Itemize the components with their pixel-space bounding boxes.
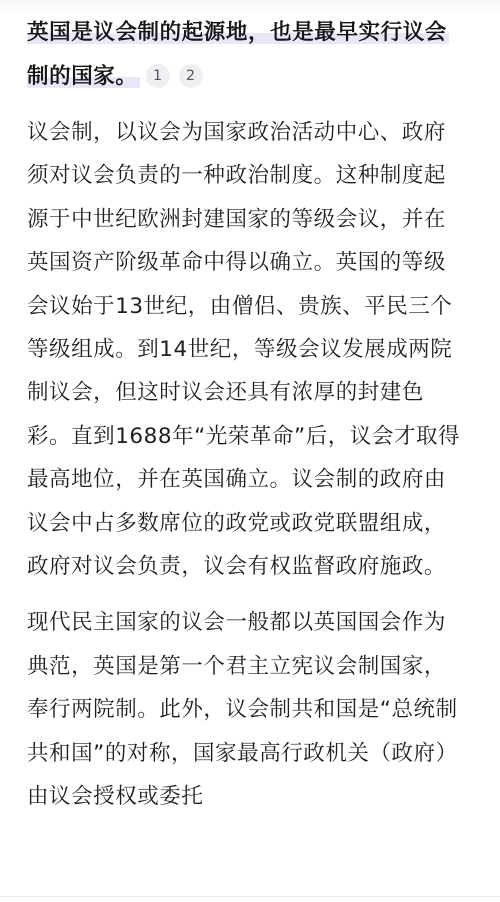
answer-heading: 英国是议会制的起源地，也是最早实行议会制的国家。12: [27, 11, 467, 99]
answer-content: 英国是议会制的起源地，也是最早实行议会制的国家。12 议会制，以议会为国家政治活…: [27, 11, 467, 819]
paragraph-1: 议会制，以议会为国家政治活动中心、政府须对议会负责的一种政治制度。这种制度起源于…: [27, 111, 467, 588]
citation-badge-2[interactable]: 2: [179, 64, 203, 88]
bottom-divider: [0, 896, 500, 897]
heading-highlight: 英国是议会制的起源地，也是最早实行议会制的国家。: [27, 20, 449, 89]
paragraph-2: 现代民主国家的议会一般都以英国国会作为典范，英国是第一个君主立宪议会制国家，奉行…: [27, 601, 467, 818]
citation-badge-1[interactable]: 1: [146, 64, 170, 88]
